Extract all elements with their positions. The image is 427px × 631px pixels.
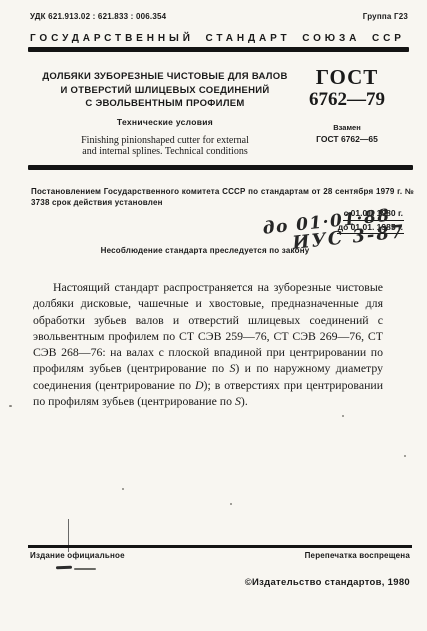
ink-smudge (74, 568, 96, 570)
body-paragraph: Настоящий стандарт распространяется на з… (33, 279, 383, 409)
title-line-3: С ЭВОЛЬВЕНТНЫМ ПРОФИЛЕМ (30, 97, 300, 111)
footer-row: Издание официальное Перепечатка воспреще… (30, 551, 410, 560)
title-block: ДОЛБЯКИ ЗУБОРЕЗНЫЕ ЧИСТОВЫЕ ДЛЯ ВАЛОВ И … (30, 70, 300, 158)
footer-rule (28, 545, 412, 548)
gost-label: ГОСТ (292, 66, 402, 88)
title-line-1: ДОЛБЯКИ ЗУБОРЕЗНЫЕ ЧИСТОВЫЕ ДЛЯ ВАЛОВ (30, 70, 300, 84)
scan-speck (230, 503, 232, 505)
copyright-line: ©Издательство стандартов, 1980 (245, 577, 410, 588)
gost-number: 6762—79 (292, 90, 402, 110)
ink-smudge (56, 566, 72, 570)
group-code: Группа Г23 (363, 12, 408, 21)
document-meta-row: УДК 621.913.02 : 621.833 : 006.354 Групп… (30, 12, 408, 21)
edition-label: Издание официальное (30, 551, 125, 560)
udk-code: УДК 621.913.02 : 621.833 : 006.354 (30, 12, 166, 21)
scan-speck (342, 415, 344, 417)
scan-speck (122, 488, 124, 490)
replaces-label: Взамен (292, 123, 402, 132)
org-header: ГОСУДАРСТВЕННЫЙ СТАНДАРТ СОЮЗА ССР (30, 33, 407, 44)
reprint-label: Перепечатка воспрещена (305, 551, 410, 560)
title-en-line-1: Finishing pinionshaped cutter for extern… (30, 135, 300, 147)
header-rule (28, 47, 409, 52)
decree-text: Постановлением Государственного комитета… (31, 186, 414, 208)
gost-designation-block: ГОСТ 6762—79 Взамен ГОСТ 6762—65 (292, 66, 402, 144)
subtitle: Технические условия (30, 117, 300, 127)
title-en-line-2: and internal splines. Technical conditio… (30, 146, 300, 158)
title-rule (28, 165, 413, 170)
title-line-2: И ОТВЕРСТИЙ ШЛИЦЕВЫХ СОЕДИНЕНИЙ (30, 84, 300, 98)
scan-speck (404, 455, 406, 457)
replaces-number: ГОСТ 6762—65 (292, 134, 402, 144)
scan-speck (9, 405, 12, 407)
gost-standard-page: УДК 621.913.02 : 621.833 : 006.354 Групп… (0, 0, 427, 631)
law-notice: Несоблюдение стандарта преследуется по з… (0, 246, 410, 255)
